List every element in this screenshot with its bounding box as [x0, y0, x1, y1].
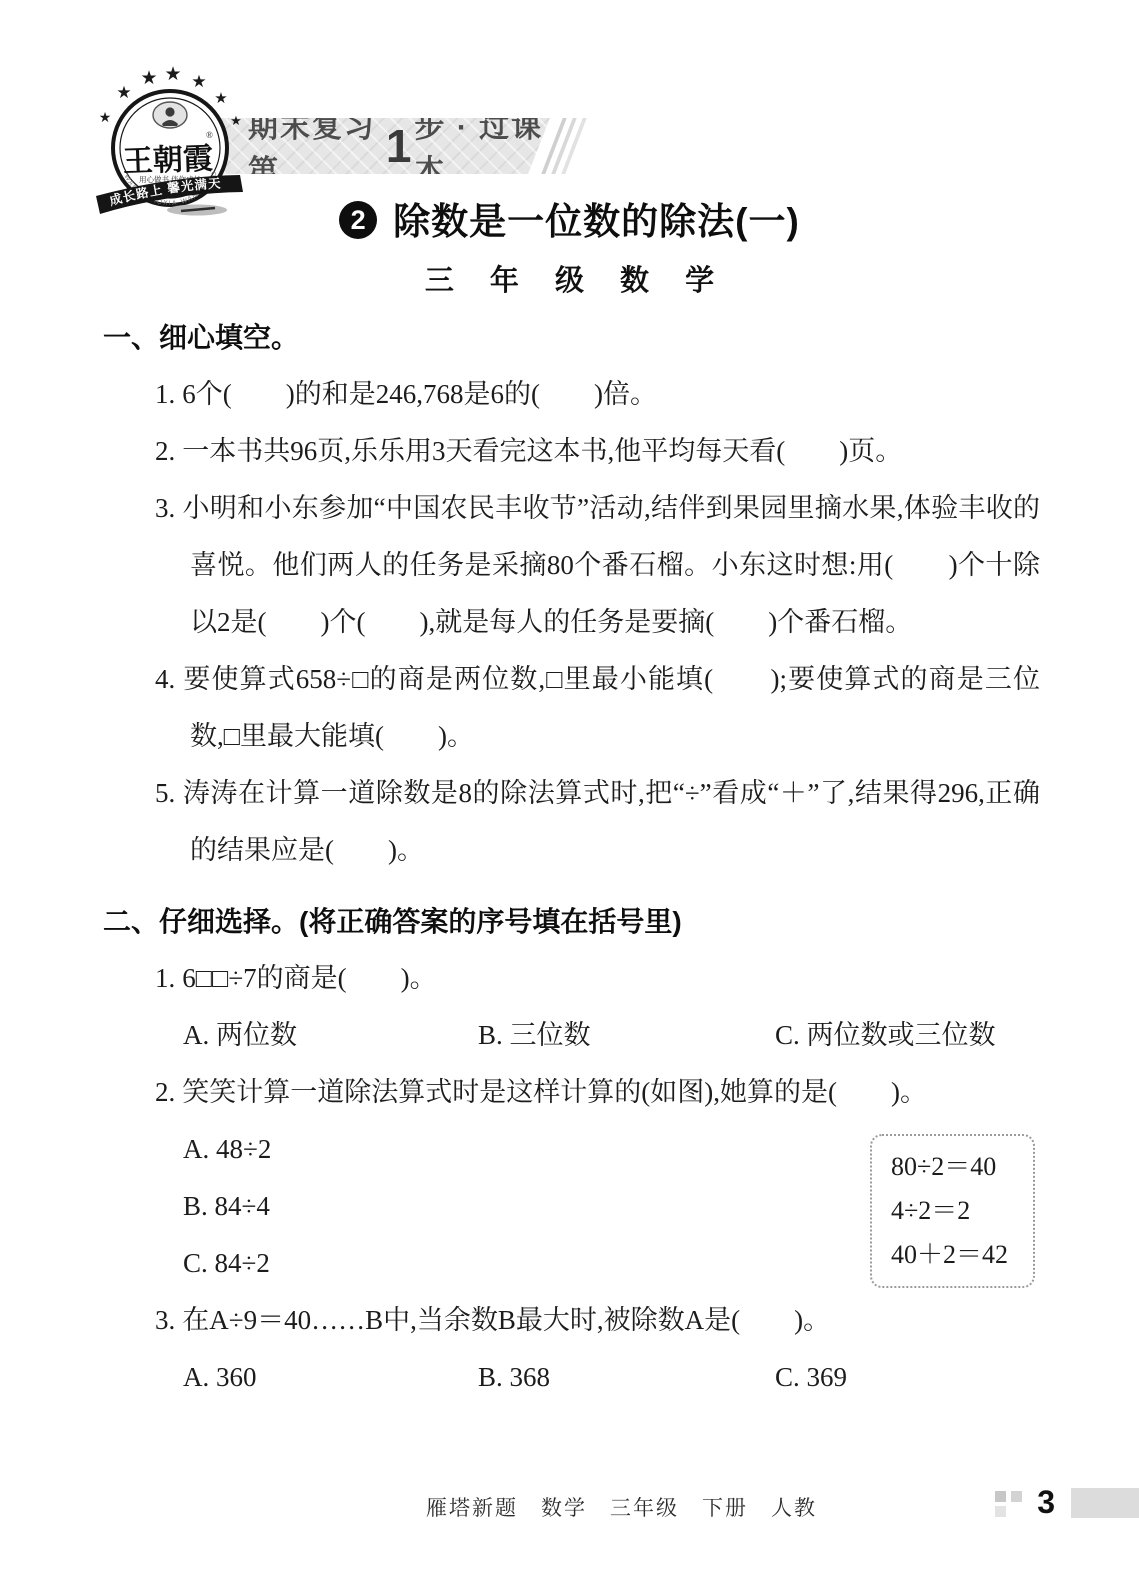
- question-number: 3.: [155, 493, 175, 523]
- svg-text:★: ★: [230, 113, 242, 128]
- brand-name: 王朝霞: [122, 141, 213, 179]
- question-number: 3.: [155, 1305, 175, 1335]
- calc-line-1: 80÷2＝40: [891, 1145, 1027, 1189]
- question-text: 要使算式658÷□的商是两位数,□里最小能填( );要使算式的商是三位数,□里最…: [182, 664, 1040, 751]
- question-text: 6个( )的和是246,768是6的( )倍。: [182, 379, 657, 409]
- page-number-block: 3: [995, 1484, 1139, 1521]
- s1-question-4: 4.要使算式658÷□的商是两位数,□里最小能填( );要使算式的商是三位数,□…: [0, 651, 1139, 765]
- svg-text:★: ★: [214, 90, 227, 107]
- question-text: 笑笑计算一道除法算式时是这样计算的(如图),她算的是( )。: [182, 1077, 927, 1107]
- option-c: C. 369: [775, 1349, 1040, 1406]
- question-text: 小明和小东参加“中国农民丰收节”活动,结伴到果园里摘水果,体验丰收的喜悦。他们两…: [182, 493, 1040, 637]
- s2-q1-options: A. 两位数 B. 三位数 C. 两位数或三位数: [183, 1007, 1139, 1064]
- banner-stripes: [552, 118, 576, 174]
- section2-heading: 二、仔细选择。(将正确答案的序号填在括号里): [103, 893, 1139, 950]
- banner-step-number: 1: [386, 123, 412, 169]
- option-a: A. 360: [183, 1349, 478, 1406]
- s2-question-2: 2.笑笑计算一道除法算式时是这样计算的(如图),她算的是( )。: [0, 1064, 1139, 1121]
- question-text: 在A÷9＝40……B中,当余数B最大时,被除数A是( )。: [182, 1305, 830, 1335]
- page-number: 3: [1037, 1484, 1055, 1521]
- s2-question-1: 1.6□□÷7的商是( )。: [0, 950, 1139, 1007]
- brand-logo: ★ ★ ★ ★ ★ ★ ★ 王朝霞 ® 用心做书 伴你成长 WANGZHAOXI…: [93, 58, 247, 220]
- svg-text:★: ★: [99, 109, 112, 125]
- footer-book-info: 雁塔新题 数学 三年级 下册 人教: [0, 1492, 1139, 1522]
- svg-text:★: ★: [191, 72, 206, 91]
- question-number: 2.: [155, 436, 175, 466]
- svg-text:★: ★: [164, 64, 181, 85]
- question-number: 5.: [155, 778, 175, 808]
- brand-logo-graphic: ★ ★ ★ ★ ★ ★ ★ 王朝霞 ® 用心做书 伴你成长 WANGZHAOXI…: [93, 58, 247, 220]
- option-b: B. 三位数: [478, 1007, 775, 1064]
- calculation-figure-box: 80÷2＝40 4÷2＝2 40＋2＝42: [870, 1134, 1035, 1288]
- option-a: A. 两位数: [183, 1007, 478, 1064]
- question-number: 4.: [155, 664, 175, 694]
- s1-question-1: 1.6个( )的和是246,768是6的( )倍。: [0, 366, 1139, 423]
- s2-question-2-block: 2.笑笑计算一道除法算式时是这样计算的(如图),她算的是( )。 A. 48÷2…: [0, 1064, 1139, 1292]
- portrait-head: [165, 107, 174, 116]
- question-number: 1.: [155, 379, 175, 409]
- s2-question-3: 3.在A÷9＝40……B中,当余数B最大时,被除数A是( )。: [0, 1292, 1139, 1349]
- svg-text:★: ★: [116, 83, 131, 102]
- question-text: 6□□÷7的商是( )。: [182, 963, 436, 993]
- grade-subtitle: 三 年 级 数 学: [0, 258, 1139, 299]
- section1-heading: 一、细心填空。: [103, 309, 1139, 366]
- pixel-squares-decoration: [995, 1489, 1027, 1517]
- unit-number-badge: 2: [339, 201, 377, 239]
- question-number: 2.: [155, 1077, 175, 1107]
- page-number-bar: [1071, 1488, 1139, 1518]
- s1-question-5: 5.涛涛在计算一道除数是8的除法算式时,把“÷”看成“＋”了,结果得296,正确…: [0, 765, 1139, 879]
- registered-mark-icon: ®: [206, 130, 213, 140]
- svg-text:★: ★: [140, 68, 157, 89]
- option-c: C. 两位数或三位数: [775, 1007, 1040, 1064]
- question-text: 一本书共96页,乐乐用3天看完这本书,他平均每天看( )页。: [182, 436, 902, 466]
- option-b: B. 368: [478, 1349, 775, 1406]
- calc-line-3: 40＋2＝42: [891, 1233, 1027, 1277]
- question-number: 1.: [155, 963, 175, 993]
- calc-line-2: 4÷2＝2: [891, 1189, 1027, 1233]
- unit-title: 除数是一位数的除法(一): [393, 201, 800, 242]
- s1-question-2: 2.一本书共96页,乐乐用3天看完这本书,他平均每天看( )页。: [0, 423, 1139, 480]
- worksheet-page: ★ ★ ★ ★ ★ ★ ★ 王朝霞 ® 用心做书 伴你成长 WANGZHAOXI…: [0, 0, 1139, 1582]
- s2-q3-options: A. 360 B. 368 C. 369: [183, 1349, 1139, 1406]
- s1-question-3: 3.小明和小东参加“中国农民丰收节”活动,结伴到果园里摘水果,体验丰收的喜悦。他…: [0, 480, 1139, 651]
- question-text: 涛涛在计算一道除数是8的除法算式时,把“÷”看成“＋”了,结果得296,正确的结…: [182, 778, 1040, 865]
